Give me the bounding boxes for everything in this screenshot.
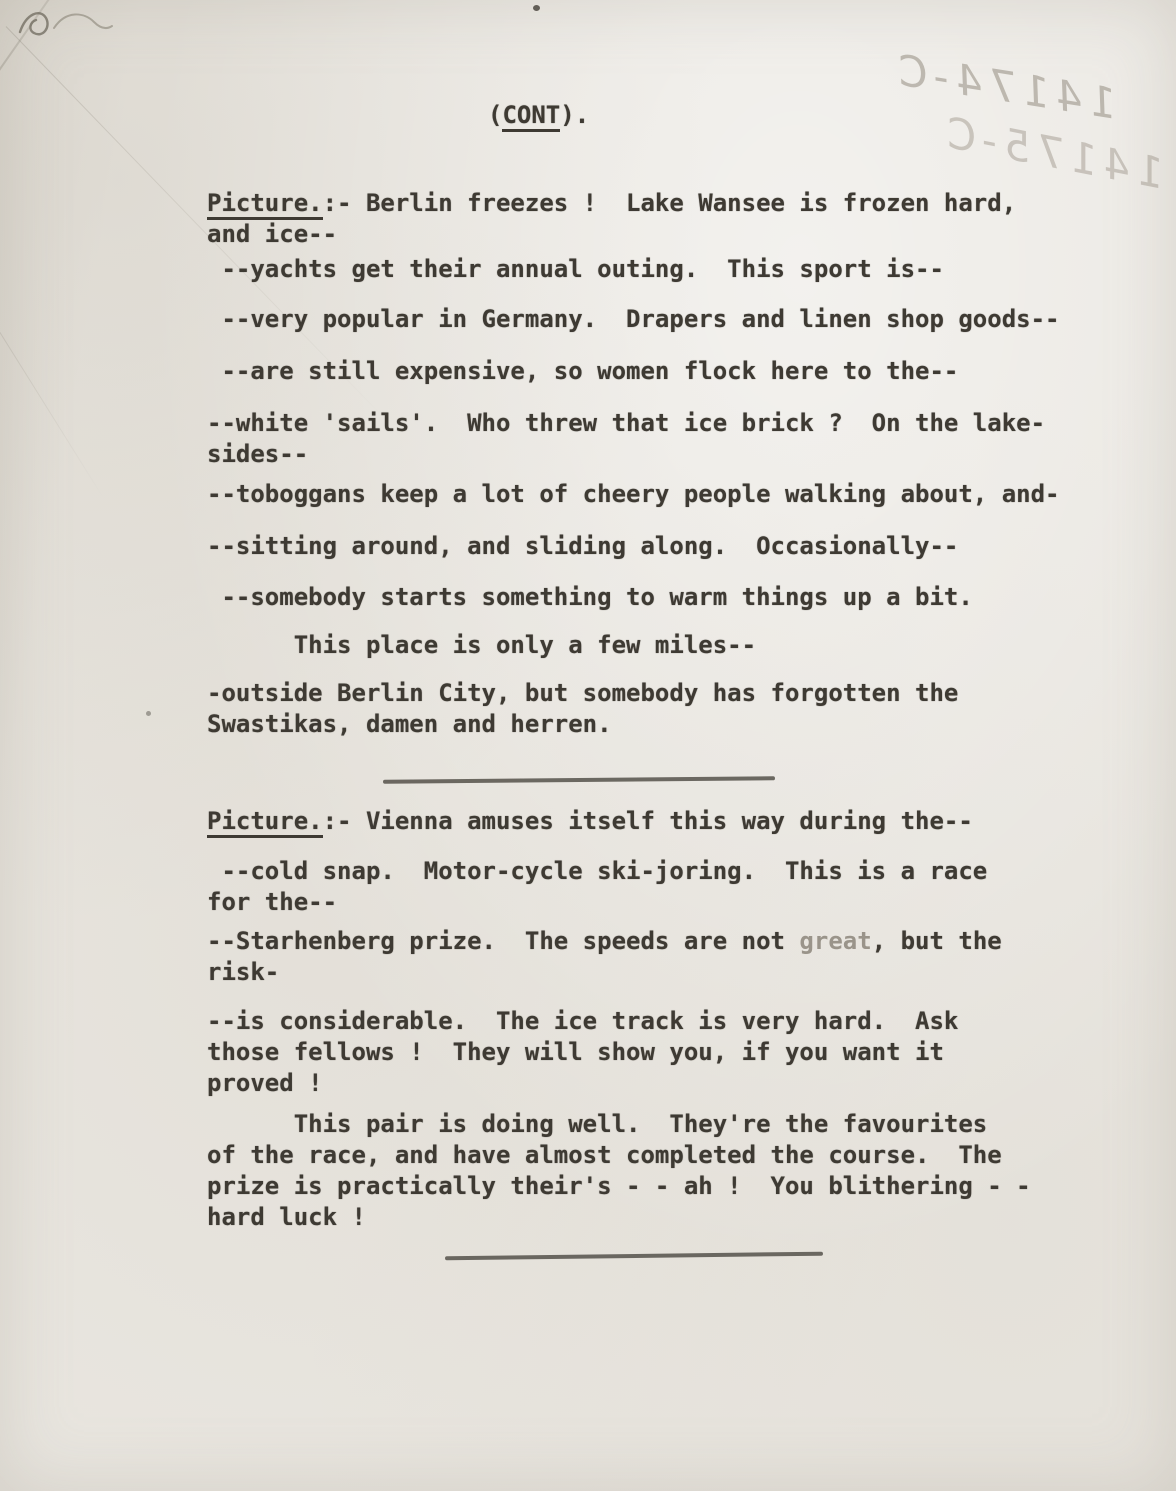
corner-pen-scribble <box>16 2 126 57</box>
caption-paragraph: Picture.:- Berlin freezes ! Lake Wansee … <box>207 188 1112 250</box>
heading-paren-close: ). <box>560 101 589 129</box>
text-line: Picture.:- Berlin freezes ! Lake Wansee … <box>207 188 1112 219</box>
text-line: This pair is doing well. They're the fav… <box>207 1109 1112 1140</box>
script-body: Picture.:- Berlin freezes ! Lake Wansee … <box>207 188 1112 1258</box>
text-line: --somebody starts something to warm thin… <box>207 582 1112 613</box>
picture-label: Picture. <box>207 189 323 220</box>
script-paragraph: This pair is doing well. They're the fav… <box>207 1109 1112 1233</box>
heading-paren-open: ( <box>488 101 502 129</box>
text-line: --yachts get their annual outing. This s… <box>207 254 1112 285</box>
text-line: for the-- <box>207 887 1112 918</box>
text-line: proved ! <box>207 1068 1112 1099</box>
text-line: and ice-- <box>207 219 1112 250</box>
left-edge-crease <box>0 300 118 521</box>
script-paragraph: --is considerable. The ice track is very… <box>207 1006 1112 1099</box>
script-paragraph: --Starhenberg prize. The speeds are not … <box>207 926 1112 988</box>
text-line: of the race, and have almost completed t… <box>207 1140 1112 1171</box>
script-paragraph: --toboggans keep a lot of cheery people … <box>207 479 1112 510</box>
text-line: -outside Berlin City, but somebody has f… <box>207 678 1112 709</box>
text-line: Picture.:- Vienna amuses itself this way… <box>207 806 1112 837</box>
text-line: --very popular in Germany. Drapers and l… <box>207 304 1112 335</box>
caption-paragraph: Picture.:- Vienna amuses itself this way… <box>207 806 1112 837</box>
script-paragraph: This place is only a few miles-- <box>207 630 1112 661</box>
script-paragraph: --are still expensive, so women flock he… <box>207 356 1112 387</box>
script-paragraph: --very popular in Germany. Drapers and l… <box>207 304 1112 335</box>
ink-speck <box>146 711 151 716</box>
text-line: --toboggans keep a lot of cheery people … <box>207 479 1112 510</box>
text-line: sides-- <box>207 439 1112 470</box>
script-paragraph: --white 'sails'. Who threw that ice bric… <box>207 408 1112 470</box>
faded-word: great <box>799 927 871 955</box>
document-page: (CONT). 14174-C 14175-C Picture.:- Berli… <box>0 0 1176 1491</box>
script-paragraph: --somebody starts something to warm thin… <box>207 582 1112 613</box>
text-line: hard luck ! <box>207 1202 1112 1233</box>
script-paragraph: --yachts get their annual outing. This s… <box>207 254 1112 285</box>
text-line: This place is only a few miles-- <box>207 630 1112 661</box>
text-line: those fellows ! They will show you, if y… <box>207 1037 1112 1068</box>
text-line: --sitting around, and sliding along. Occ… <box>207 531 1112 562</box>
section-divider <box>383 776 775 783</box>
text-line: --is considerable. The ice track is very… <box>207 1006 1112 1037</box>
picture-label: Picture. <box>207 807 323 838</box>
text-line: Swastikas, damen and herren. <box>207 709 1112 740</box>
handwritten-number-1: 14174-C <box>888 45 1120 129</box>
script-paragraph: --sitting around, and sliding along. Occ… <box>207 531 1112 562</box>
text-line: risk- <box>207 957 1112 988</box>
text-line: --white 'sails'. Who threw that ice bric… <box>207 408 1112 439</box>
text-line: --cold snap. Motor-cycle ski-joring. Thi… <box>207 856 1112 887</box>
text-line: prize is practically their's - - ah ! Yo… <box>207 1171 1112 1202</box>
heading-cont-label: CONT <box>502 101 560 132</box>
text-line: --Starhenberg prize. The speeds are not … <box>207 926 1112 957</box>
script-paragraph: --cold snap. Motor-cycle ski-joring. Thi… <box>207 856 1112 918</box>
handwritten-number-2: 14175-C <box>935 107 1167 198</box>
script-paragraph: -outside Berlin City, but somebody has f… <box>207 678 1112 740</box>
ink-speck <box>533 5 540 11</box>
text-line: --are still expensive, so women flock he… <box>207 356 1112 387</box>
page-heading-cont: (CONT). <box>488 100 589 131</box>
section-divider <box>445 1252 823 1261</box>
